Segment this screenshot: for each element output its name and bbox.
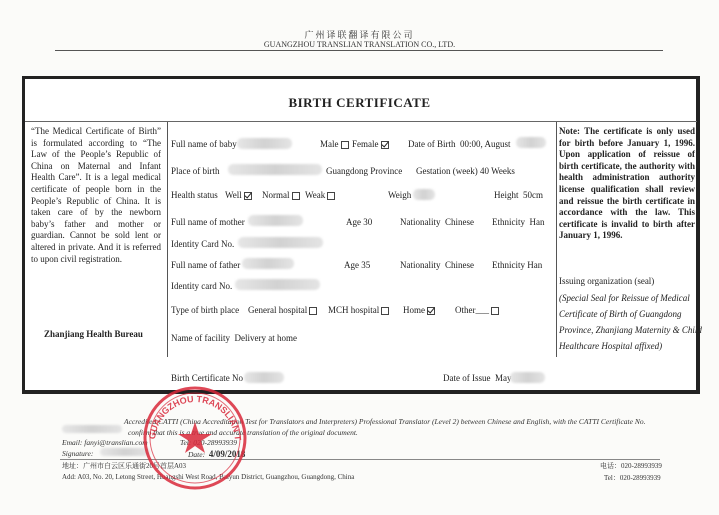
title-divider: [25, 121, 697, 122]
header-divider: [55, 50, 663, 51]
issuing-bureau: Zhanjiang Health Bureau: [44, 329, 143, 339]
mother-nationality: Nationality Chinese: [400, 217, 474, 227]
issue-date-redacted: [510, 372, 545, 383]
signature-label: Signature:: [62, 449, 93, 458]
gestation-value: 40 Weeks: [480, 166, 515, 176]
mch-hospital-checkbox[interactable]: [381, 307, 389, 315]
nationality-value: Chinese: [445, 260, 474, 270]
date-of-birth: Date of Birth 00:00, August: [408, 139, 511, 149]
weak-label: Weak: [305, 190, 325, 200]
health-status-label: Health status: [171, 190, 218, 200]
age-label: Age: [346, 217, 361, 227]
home-checkbox-checked[interactable]: [427, 307, 435, 315]
weak-checkbox[interactable]: [327, 192, 335, 200]
age-label: Age: [344, 260, 359, 270]
facility-label: Name of facility: [171, 333, 230, 343]
issue-date: Date of Issue May: [443, 373, 511, 383]
father-ethnicity: Ethnicity Han: [492, 260, 542, 270]
father-age: Age 35: [344, 260, 370, 270]
phone-english: Tel：020-28993939: [604, 473, 661, 483]
facility-value: Delivery at home: [234, 333, 296, 343]
father-name-redacted: [242, 258, 294, 269]
age-value: 30: [363, 217, 372, 227]
general-hospital-option[interactable]: General hospital: [248, 305, 317, 315]
mother-name-label: Full name of mother: [171, 217, 245, 227]
female-checkbox-checked[interactable]: [381, 141, 389, 149]
gestation-label: Gestation (week): [416, 166, 478, 176]
nationality-value: Chinese: [445, 217, 474, 227]
issuing-org-label: Issuing organization (seal): [559, 276, 654, 286]
general-hospital-checkbox[interactable]: [309, 307, 317, 315]
father-id-redacted: [235, 279, 320, 290]
father-name-label: Full name of father: [171, 260, 240, 270]
right-column-divider: [556, 122, 557, 357]
issue-date-value: May: [495, 373, 512, 383]
well-label: Well: [225, 190, 242, 200]
baby-name-label: Full name of baby: [171, 139, 237, 149]
other-checkbox[interactable]: [491, 307, 499, 315]
sex-male-option[interactable]: Male: [320, 139, 349, 149]
mother-age: Age 30: [346, 217, 372, 227]
father-id-label: Identity card No.: [171, 281, 232, 291]
sex-female-option[interactable]: Female: [352, 139, 389, 149]
issue-date-label: Date of Issue: [443, 373, 490, 383]
facility: Name of facility Delivery at home: [171, 333, 297, 343]
place-of-birth-value: Guangdong Province: [326, 166, 402, 176]
mch-hospital-option[interactable]: MCH hospital: [328, 305, 389, 315]
stamp-star-icon: [178, 422, 212, 453]
ethnicity-label: Ethnicity: [492, 217, 525, 227]
translator-name-redacted: [62, 425, 122, 433]
mother-id-redacted: [238, 237, 323, 248]
place-of-birth-label: Place of birth: [171, 166, 220, 176]
ethnicity-label: Ethnicity: [492, 260, 525, 270]
dob-label: Date of Birth: [408, 139, 456, 149]
issuing-org-seal: (Special Seal for Reissue of Medical Cer…: [559, 290, 704, 354]
company-seal-stamp: GUANGZHOU TRANSLIAN TRANSLATION CO.: [135, 382, 253, 492]
health-weak-option[interactable]: Weak: [305, 190, 335, 200]
mother-name-redacted: [248, 215, 303, 226]
mch-hospital-label: MCH hospital: [328, 305, 379, 315]
well-checkbox-checked[interactable]: [244, 192, 252, 200]
health-normal-option[interactable]: Normal: [262, 190, 300, 200]
certificate-description: “The Medical Certificate of Birth” is fo…: [31, 126, 161, 265]
ethnicity-value: Han: [527, 260, 542, 270]
health-well-option[interactable]: Well: [225, 190, 252, 200]
male-checkbox[interactable]: [341, 141, 349, 149]
normal-label: Normal: [262, 190, 290, 200]
mother-ethnicity: Ethnicity Han: [492, 217, 545, 227]
certificate-note: Note: The certificate is only used for b…: [559, 126, 695, 242]
other-option[interactable]: Other___: [455, 305, 499, 315]
male-label: Male: [320, 139, 339, 149]
other-label: Other___: [455, 305, 489, 315]
normal-checkbox[interactable]: [292, 192, 300, 200]
dob-redacted: [516, 137, 546, 148]
ethnicity-value: Han: [530, 217, 545, 227]
weight-label: Weigh: [388, 190, 411, 200]
gestation: Gestation (week) 40 Weeks: [416, 166, 515, 176]
left-column-divider: [167, 122, 168, 357]
height: Height 50cm: [494, 190, 543, 200]
birth-place-type-label: Type of birth place: [171, 305, 239, 315]
general-hospital-label: General hospital: [248, 305, 307, 315]
height-value: 50cm: [523, 190, 543, 200]
baby-name-redacted: [237, 138, 292, 149]
female-label: Female: [352, 139, 379, 149]
company-name-english: GUANGZHOU TRANSLIAN TRANSLATION CO., LTD…: [0, 40, 719, 49]
home-label: Home: [403, 305, 425, 315]
dob-value: 00:00, August: [460, 139, 511, 149]
certificate-title: BIRTH CERTIFICATE: [0, 95, 719, 111]
email-label: Email:: [62, 438, 82, 447]
nationality-label: Nationality: [400, 260, 441, 270]
nationality-label: Nationality: [400, 217, 441, 227]
place-redacted: [228, 164, 322, 175]
age-value: 35: [361, 260, 370, 270]
height-label: Height: [494, 190, 519, 200]
weight-redacted: [413, 189, 435, 200]
home-option[interactable]: Home: [403, 305, 435, 315]
mother-id-label: Identity Card No.: [171, 239, 234, 249]
father-nationality: Nationality Chinese: [400, 260, 474, 270]
phone-chinese: 电话：020-28993939: [600, 461, 662, 471]
